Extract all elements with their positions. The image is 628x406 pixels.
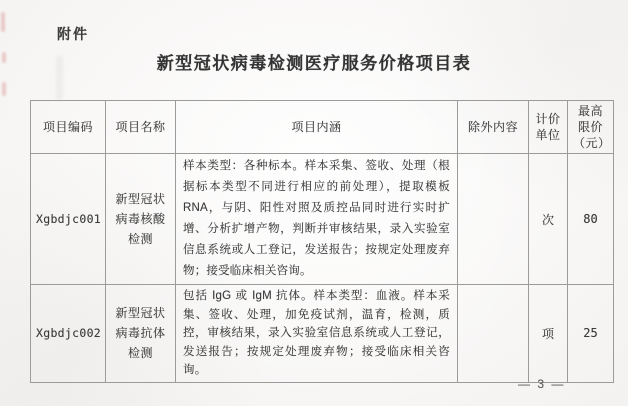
- cell-max-price: 25: [568, 285, 614, 383]
- scan-artifact-red-mark: [2, 82, 6, 96]
- cell-project-name: 新型冠状病毒抗体检测: [106, 285, 176, 383]
- header-project-code: 项目编码: [31, 101, 106, 154]
- attachment-label: 附件: [57, 24, 89, 44]
- header-max-price: 最高限价（元）: [568, 101, 614, 154]
- header-pricing-unit: 计价单位: [529, 101, 568, 154]
- header-project-content: 项目内涵: [176, 101, 458, 154]
- cell-project-name: 新型冠状病毒核酸检测: [106, 154, 176, 285]
- header-project-name: 项目名称: [106, 101, 176, 154]
- scanned-document-page: 附件 新型冠状病毒检测医疗服务价格项目表 项目编码 项目名称 项目内涵 除外内容…: [0, 0, 628, 406]
- cell-project-code: Xgbdjc001: [31, 154, 106, 285]
- price-table: 项目编码 项目名称 项目内涵 除外内容 计价单位 最高限价（元） Xgbdjc0…: [30, 100, 614, 383]
- cell-project-content: 样本类型：各种标本。样本采集、签收、处理（根据标本类型不同进行相应的前处理），提…: [176, 154, 458, 285]
- cell-pricing-unit: 次: [529, 154, 568, 285]
- cell-excluded-content: [458, 285, 529, 383]
- table-header-row: 项目编码 项目名称 项目内涵 除外内容 计价单位 最高限价（元）: [31, 101, 614, 154]
- header-excluded-content: 除外内容: [458, 101, 529, 154]
- table-row: Xgbdjc001 新型冠状病毒核酸检测 样本类型：各种标本。样本采集、签收、处…: [31, 154, 614, 285]
- cell-max-price: 80: [568, 154, 614, 285]
- cell-excluded-content: [458, 154, 529, 285]
- table-row: Xgbdjc002 新型冠状病毒抗体检测 包括 IgG 或 IgM 抗体。样本类…: [31, 285, 614, 383]
- cell-pricing-unit: 项: [529, 285, 568, 383]
- cell-project-content: 包括 IgG 或 IgM 抗体。样本类型：血液。样本采集、签收、处理，加免疫试剂…: [176, 285, 458, 383]
- scan-artifact-red-mark: [1, 12, 5, 32]
- page-number: — 3 —: [518, 377, 565, 391]
- cell-project-code: Xgbdjc002: [31, 285, 106, 383]
- document-title: 新型冠状病毒检测医疗服务价格项目表: [0, 49, 628, 74]
